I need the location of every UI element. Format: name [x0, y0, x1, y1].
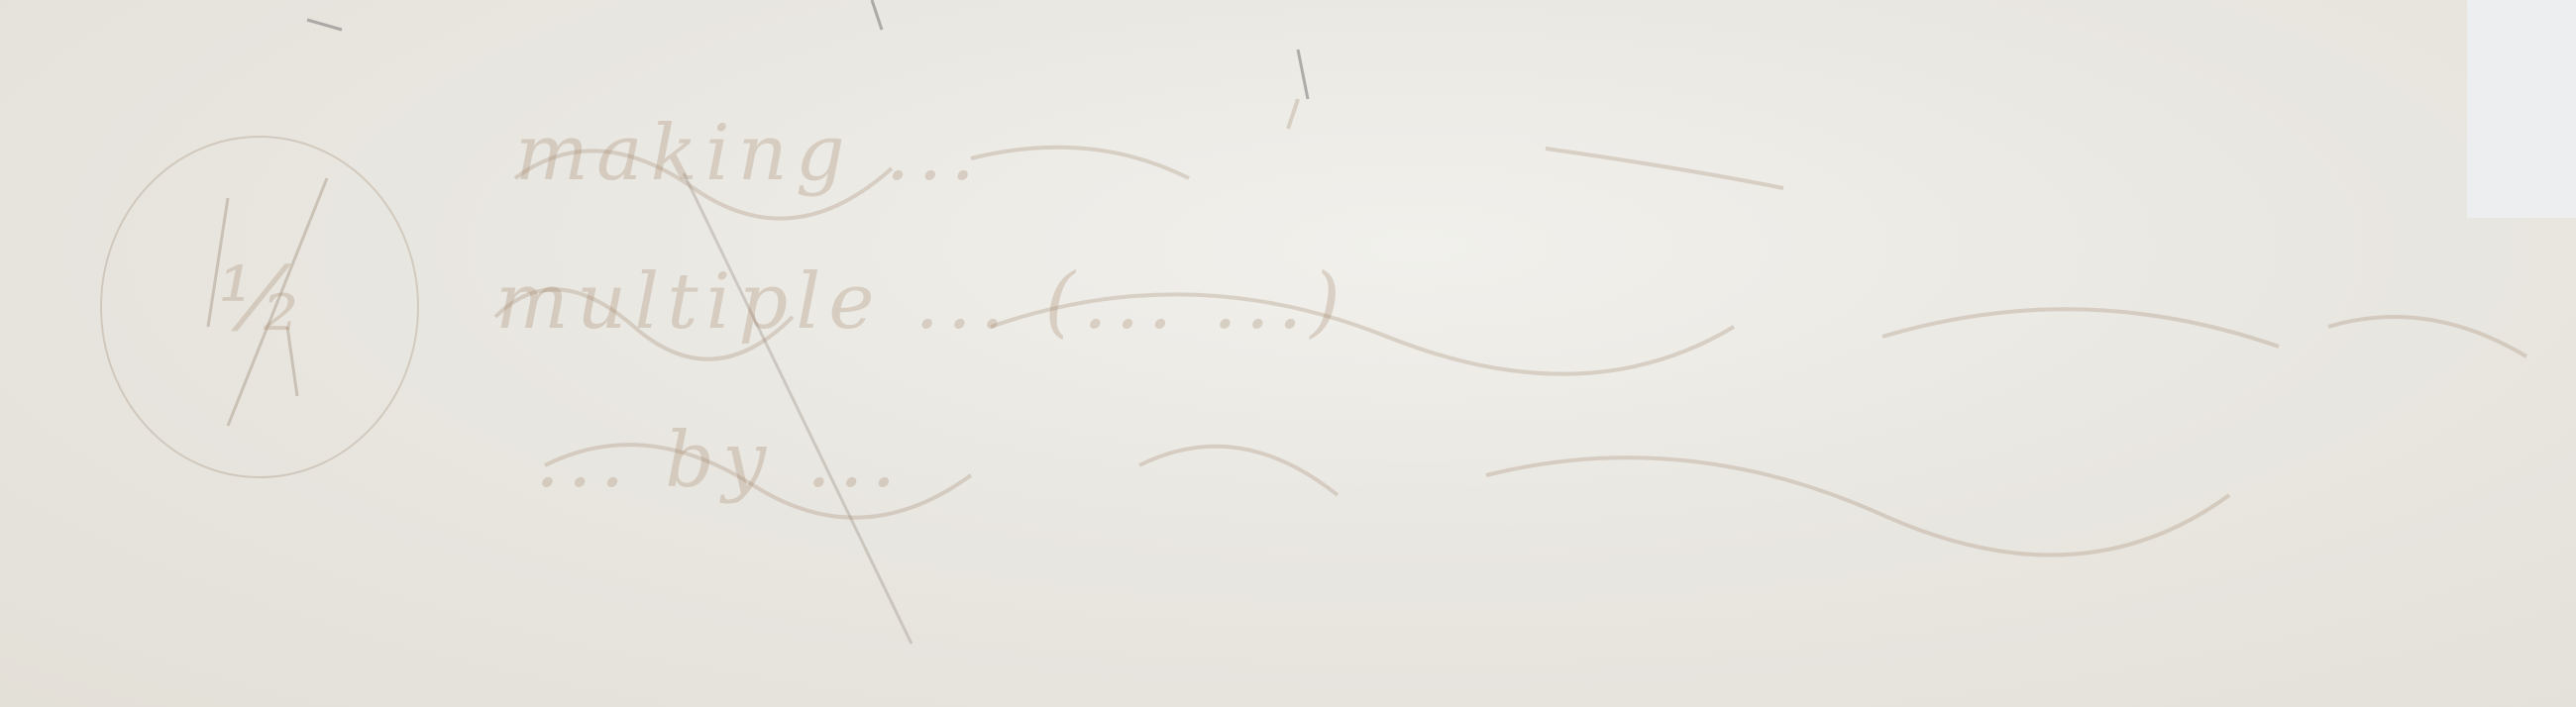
paper-sheet: making ... multiple ... (... ...) ... by…	[0, 0, 2576, 707]
pencil-strokes	[0, 0, 2576, 707]
note-line-2: multiple ... (... ...)	[495, 257, 1348, 347]
circle-mark-text: ½	[218, 248, 312, 352]
diagonal-scratch	[684, 173, 912, 644]
note-line-1: making ...	[515, 109, 983, 198]
note-line-3: ... by ...	[535, 416, 904, 505]
